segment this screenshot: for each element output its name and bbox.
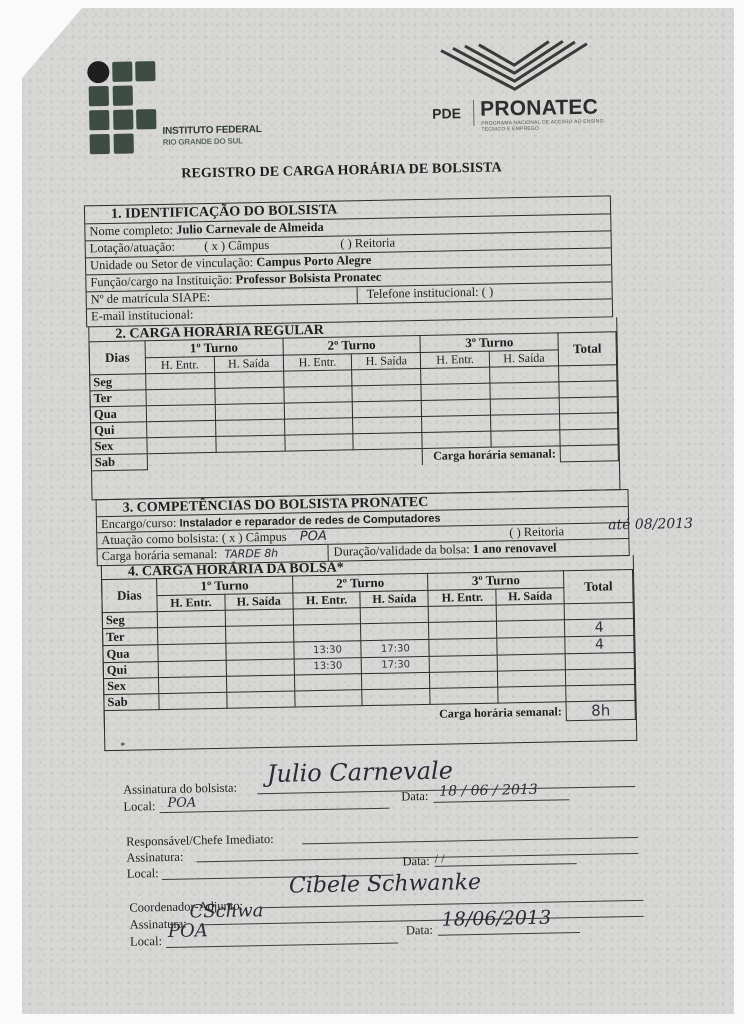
time-cell[interactable]: 13:30	[293, 641, 361, 659]
bolsista-date[interactable]: 18 / 06 / 2013	[439, 782, 538, 800]
time-cell[interactable]	[227, 691, 295, 708]
total-cell[interactable]: 4	[565, 618, 634, 636]
time-cell[interactable]	[146, 420, 215, 437]
col-h-saida: H. Saída	[496, 588, 564, 605]
time-cell[interactable]	[226, 659, 294, 676]
time-cell[interactable]	[158, 643, 226, 661]
time-cell[interactable]	[215, 387, 284, 404]
col-h-saida: H. Saída	[489, 350, 558, 367]
time-cell[interactable]	[146, 404, 215, 421]
total-cell[interactable]	[559, 381, 617, 398]
col-h-saida: H. Saída	[360, 590, 428, 607]
bolsista-signature[interactable]: Julio Carnevale	[267, 756, 454, 788]
total-cell[interactable]	[560, 429, 618, 446]
time-cell[interactable]	[158, 660, 226, 677]
time-cell[interactable]	[226, 642, 294, 660]
time-cell[interactable]	[490, 382, 559, 399]
time-cell[interactable]	[429, 655, 497, 672]
time-cell[interactable]	[352, 368, 421, 385]
col-dias: Dias	[89, 341, 146, 375]
duracao-field[interactable]: Duração/validade da bolsa: 1 ano renovav…	[333, 540, 556, 558]
handwritten-campus: POA	[300, 529, 327, 545]
time-cell[interactable]	[422, 399, 491, 416]
time-cell[interactable]	[497, 620, 565, 638]
section-competencias: 3. COMPETÊNCIAS DO BOLSISTA PRONATEC Enc…	[96, 489, 630, 566]
carga-regular-table: Dias 1º Turno 2º Turno 3º Turno Total H.…	[89, 331, 619, 471]
time-cell[interactable]	[361, 606, 429, 623]
total-cell[interactable]	[564, 602, 633, 619]
time-cell[interactable]	[293, 624, 361, 642]
lotacao-reitoria-checkbox[interactable]: ( ) Reitoria	[340, 235, 395, 250]
chefe-local-label: Local:	[127, 866, 159, 882]
time-cell[interactable]	[146, 372, 215, 389]
time-cell[interactable]	[226, 675, 294, 692]
day-label: Sab	[91, 454, 147, 471]
time-cell[interactable]	[421, 367, 490, 384]
time-cell[interactable]	[225, 625, 293, 643]
time-cell[interactable]	[430, 671, 498, 688]
coordenador-local-label: Local:	[130, 934, 162, 950]
time-cell[interactable]	[498, 670, 566, 687]
total-cell[interactable]	[560, 413, 618, 430]
col-total: Total	[558, 332, 617, 366]
day-label: Sex	[103, 678, 158, 695]
weekly-total-cell[interactable]	[560, 445, 618, 462]
weekly-total-cell[interactable]: 8h	[566, 700, 635, 720]
time-cell[interactable]	[491, 430, 560, 447]
time-cell[interactable]	[284, 418, 353, 435]
day-label: Ter	[90, 390, 146, 407]
coordenador-date[interactable]: 18/06/2013	[441, 907, 551, 931]
col-h-saida: H. Saída	[225, 593, 293, 610]
time-cell[interactable]	[429, 605, 497, 622]
time-cell[interactable]	[491, 414, 560, 431]
form-document: INSTITUTO FEDERAL RIO GRANDE DO SUL PDE …	[0, 0, 744, 1024]
col-h-entr: H. Entr.	[293, 592, 361, 609]
time-cell[interactable]: 13:30	[294, 658, 362, 675]
day-label: Seg	[102, 612, 157, 629]
time-cell[interactable]	[497, 654, 565, 671]
coordenador-name[interactable]: Cibele Schwanke	[289, 870, 482, 899]
time-cell[interactable]	[490, 366, 559, 383]
time-cell[interactable]: 17:30	[362, 656, 430, 673]
total-cell[interactable]	[565, 652, 634, 669]
time-cell[interactable]	[498, 686, 566, 703]
chefe-assinatura-label: Assinatura:	[126, 850, 183, 866]
data-label: Data:	[401, 789, 428, 805]
time-cell[interactable]	[215, 419, 284, 436]
chefe-label: Responsável/Chefe Imediato:	[126, 832, 274, 850]
day-label: Qua	[90, 406, 146, 423]
carga-semanal-field[interactable]: Carga horária semanal:	[102, 547, 218, 563]
day-label: Seg	[90, 374, 146, 391]
time-cell[interactable]	[429, 621, 497, 639]
total-cell[interactable]	[566, 684, 635, 701]
time-cell[interactable]	[147, 436, 216, 453]
time-cell[interactable]	[353, 400, 422, 417]
section-carga-bolsa: 4. CARGA HORÁRIA DA BOLSA* Dias 1º Turno…	[101, 555, 637, 751]
instituto-federal-logo-icon	[88, 61, 160, 154]
col-h-entr: H. Entr.	[283, 354, 352, 371]
time-cell[interactable]	[284, 386, 353, 403]
total-cell[interactable]	[559, 365, 617, 382]
weekly-label: Carga horária semanal:	[430, 702, 566, 724]
section-carga-regular: 2. CARGA HORÁRIA REGULAR Dias 1º Turno 2…	[88, 317, 620, 500]
telefone-field[interactable]: Telefone institucional: ( )	[367, 285, 494, 301]
time-cell[interactable]	[283, 370, 352, 387]
section-identificacao: 1. IDENTIFICAÇÃO DO BOLSISTA Nome comple…	[84, 195, 613, 327]
siape-field[interactable]: Nº de matrícula SIAPE:	[91, 290, 211, 306]
col-h-saida: H. Saída	[352, 352, 421, 369]
bolsista-local[interactable]: POA	[167, 795, 196, 811]
time-cell[interactable]	[361, 622, 429, 640]
time-cell[interactable]	[294, 674, 362, 691]
time-cell[interactable]	[496, 604, 564, 621]
time-cell[interactable]	[284, 402, 353, 419]
day-label: Qui	[91, 422, 147, 439]
col-total: Total	[564, 569, 634, 603]
handwritten-carga: TARDE 8h	[224, 547, 278, 561]
atuacao-reitoria-checkbox[interactable]: ( ) Reitoria	[509, 524, 564, 539]
time-cell[interactable]	[422, 415, 491, 432]
total-cell[interactable]: 4	[565, 635, 634, 653]
time-cell[interactable]	[430, 687, 498, 704]
time-cell[interactable]	[157, 610, 225, 627]
atuacao-campus-checkbox[interactable]: ( x ) Câmpus	[222, 530, 287, 545]
time-cell[interactable]	[421, 383, 490, 400]
day-label: Sab	[104, 694, 159, 711]
time-cell[interactable]	[214, 371, 283, 388]
footnote-marker: *	[120, 741, 125, 752]
col-h-entr: H. Entr.	[428, 589, 496, 606]
time-cell[interactable]	[352, 384, 421, 401]
time-cell[interactable]	[293, 608, 361, 625]
col-dias: Dias	[102, 579, 158, 613]
coordenador-signature[interactable]: CSchwa	[189, 900, 263, 922]
time-cell[interactable]	[294, 690, 362, 707]
time-cell[interactable]	[497, 637, 565, 655]
local-label: Local:	[123, 799, 155, 815]
time-cell[interactable]	[353, 432, 422, 449]
time-cell[interactable]	[490, 398, 559, 415]
time-cell[interactable]	[362, 688, 430, 705]
total-cell[interactable]	[565, 668, 634, 685]
carga-bolsa-table: Dias 1º Turno 2º Turno 3º Turno Total H.…	[101, 569, 636, 730]
time-cell[interactable]	[353, 416, 422, 433]
weekly-label: Carga horária semanal:	[422, 446, 560, 465]
pronatec-book-icon	[439, 40, 590, 95]
day-label: Qua	[103, 645, 158, 663]
time-cell[interactable]	[158, 676, 226, 693]
coordenador-data-label: Data:	[406, 923, 433, 939]
time-cell[interactable]	[216, 435, 285, 452]
day-label: Ter	[103, 628, 158, 646]
col-h-saida: H. Saída	[214, 355, 283, 372]
time-cell[interactable]	[362, 672, 430, 689]
handwritten-margin-note: até 08/2013	[608, 516, 693, 534]
time-cell[interactable]	[429, 638, 497, 656]
col-h-entr: H. Entr.	[157, 594, 225, 611]
chefe-data-label: Data:	[402, 854, 429, 870]
time-cell[interactable]	[284, 434, 353, 451]
day-label: Sex	[91, 438, 147, 455]
time-cell[interactable]: 17:30	[361, 639, 429, 657]
document-title: REGISTRO DE CARGA HORÁRIA DE BOLSISTA	[181, 160, 502, 182]
time-cell[interactable]	[422, 431, 491, 448]
col-h-entr: H. Entr.	[145, 356, 214, 373]
instituto-federal-name: INSTITUTO FEDERAL RIO GRANDE DO SUL	[162, 124, 262, 148]
coordenador-local[interactable]: POA	[168, 920, 208, 942]
total-cell[interactable]	[559, 397, 617, 414]
time-cell[interactable]	[157, 626, 225, 644]
chefe-date[interactable]: / /	[434, 852, 444, 867]
day-label: Qui	[103, 662, 158, 679]
time-cell[interactable]	[215, 403, 284, 420]
time-cell[interactable]	[146, 388, 215, 405]
col-h-entr: H. Entr.	[421, 351, 490, 368]
lotacao-campus-checkbox[interactable]: ( x ) Câmpus	[204, 238, 269, 253]
time-cell[interactable]	[225, 609, 293, 626]
time-cell[interactable]	[159, 692, 227, 709]
